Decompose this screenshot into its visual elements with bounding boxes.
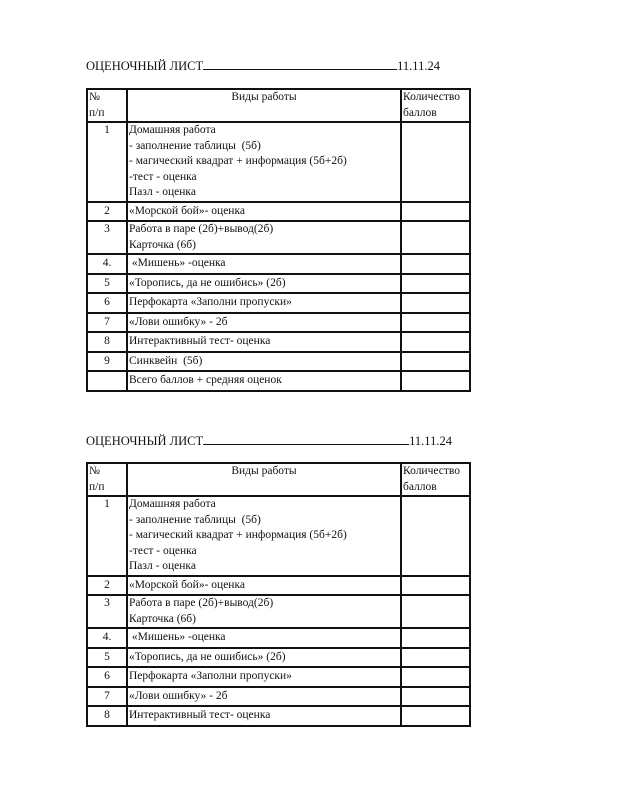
- row-number: 1: [87, 122, 127, 202]
- header-number: №п/п: [87, 89, 127, 122]
- work-line: Синквейн (5б): [129, 354, 399, 370]
- header-number-line: п/п: [89, 480, 125, 496]
- work-description: Перфокарта «Заполни пропуски»: [127, 293, 401, 313]
- work-line: «Лови ошибку» - 2б: [129, 689, 399, 705]
- row-number: 7: [87, 313, 127, 333]
- header-score-line: баллов: [403, 480, 468, 496]
- work-description: «Торопись, да не ошибись» (2б): [127, 648, 401, 668]
- work-line: Интерактивный тест- оценка: [129, 334, 399, 350]
- table-row: 5«Торопись, да не ошибись» (2б): [87, 648, 470, 668]
- score-cell[interactable]: [401, 332, 470, 352]
- work-description: Работа в паре (2б)+вывод(2б)Карточка (6б…: [127, 221, 401, 254]
- work-description: «Лови ошибку» - 2б: [127, 687, 401, 707]
- header-work-type: Виды работы: [127, 89, 401, 122]
- work-line: Перфокарта «Заполни пропуски»: [129, 295, 399, 311]
- score-cell[interactable]: [401, 687, 470, 707]
- work-description: «Мишень» -оценка: [127, 628, 401, 648]
- work-line: «Лови ошибку» - 2б: [129, 315, 399, 331]
- score-cell[interactable]: [401, 313, 470, 333]
- sheet-title-text: ОЦЕНОЧНЫЙ ЛИСТ: [86, 434, 203, 448]
- row-number: 6: [87, 667, 127, 687]
- row-number: 2: [87, 202, 127, 222]
- table-row: 5«Торопись, да не ошибись» (2б): [87, 274, 470, 294]
- header-score-line: Количество: [403, 90, 468, 106]
- row-number: 3: [87, 595, 127, 628]
- work-description: «Торопись, да не ошибись» (2б): [127, 274, 401, 294]
- work-line: Всего баллов + средняя оценок: [129, 373, 399, 389]
- work-line: - заполнение таблицы (5б): [129, 139, 399, 155]
- table-row: 2«Морской бой»- оценка: [87, 202, 470, 222]
- sheet-date: 11.11.24: [409, 434, 452, 448]
- row-number: 3: [87, 221, 127, 254]
- score-cell[interactable]: [401, 352, 470, 372]
- header-score-line: баллов: [403, 106, 468, 122]
- score-cell[interactable]: [401, 576, 470, 596]
- work-description: «Морской бой»- оценка: [127, 576, 401, 596]
- work-description: Интерактивный тест- оценка: [127, 706, 401, 726]
- header-number-line: №: [89, 90, 125, 106]
- row-number: 5: [87, 274, 127, 294]
- score-cell[interactable]: [401, 122, 470, 202]
- work-line: Интерактивный тест- оценка: [129, 708, 399, 724]
- header-score-line: Количество: [403, 464, 468, 480]
- table-row: 2«Морской бой»- оценка: [87, 576, 470, 596]
- work-description: Домашняя работа- заполнение таблицы (5б)…: [127, 496, 401, 576]
- header-score: Количествобаллов: [401, 463, 470, 496]
- header-number: №п/п: [87, 463, 127, 496]
- row-number: 2: [87, 576, 127, 596]
- assessment-table: №п/пВиды работыКоличествобаллов1Домашняя…: [86, 88, 471, 392]
- work-line: Домашняя работа: [129, 123, 399, 139]
- score-cell[interactable]: [401, 667, 470, 687]
- table-row: 8Интерактивный тест- оценка: [87, 332, 470, 352]
- work-description: Интерактивный тест- оценка: [127, 332, 401, 352]
- table-row: 4. «Мишень» -оценка: [87, 628, 470, 648]
- sheet-title: ОЦЕНОЧНЫЙ ЛИСТ11.11.24: [86, 58, 440, 74]
- table-row: 4. «Мишень» -оценка: [87, 254, 470, 274]
- score-cell[interactable]: [401, 706, 470, 726]
- work-line: -тест - оценка: [129, 544, 399, 560]
- score-cell[interactable]: [401, 274, 470, 294]
- row-number: 7: [87, 687, 127, 707]
- work-line: - магический квадрат + информация (5б+2б…: [129, 528, 399, 544]
- score-cell[interactable]: [401, 595, 470, 628]
- table-row: 1Домашняя работа- заполнение таблицы (5б…: [87, 122, 470, 202]
- table-row: Всего баллов + средняя оценок: [87, 371, 470, 391]
- table-row: 3Работа в паре (2б)+вывод(2б)Карточка (6…: [87, 221, 470, 254]
- row-number: 8: [87, 332, 127, 352]
- row-number: 4.: [87, 254, 127, 274]
- table-row: 3Работа в паре (2б)+вывод(2б)Карточка (6…: [87, 595, 470, 628]
- score-cell[interactable]: [401, 628, 470, 648]
- row-number: [87, 371, 127, 391]
- work-line: Пазл - оценка: [129, 559, 399, 575]
- header-number-line: п/п: [89, 106, 125, 122]
- score-cell[interactable]: [401, 371, 470, 391]
- work-line: «Мишень» -оценка: [129, 630, 399, 646]
- table-row: 6Перфокарта «Заполни пропуски»: [87, 293, 470, 313]
- header-work-type: Виды работы: [127, 463, 401, 496]
- score-cell[interactable]: [401, 254, 470, 274]
- work-line: «Мишень» -оценка: [129, 256, 399, 272]
- work-line: Карточка (6б): [129, 238, 399, 254]
- sheet-title-text: ОЦЕНОЧНЫЙ ЛИСТ: [86, 59, 203, 73]
- work-description: Домашняя работа- заполнение таблицы (5б)…: [127, 122, 401, 202]
- work-description: Перфокарта «Заполни пропуски»: [127, 667, 401, 687]
- work-description: Синквейн (5б): [127, 352, 401, 372]
- row-number: 4.: [87, 628, 127, 648]
- table-row: 1Домашняя работа- заполнение таблицы (5б…: [87, 496, 470, 576]
- table-row: 6Перфокарта «Заполни пропуски»: [87, 667, 470, 687]
- header-number-line: №: [89, 464, 125, 480]
- work-line: Карточка (6б): [129, 612, 399, 628]
- table-header-row: №п/пВиды работыКоличествобаллов: [87, 463, 470, 496]
- work-description: «Мишень» -оценка: [127, 254, 401, 274]
- row-number: 5: [87, 648, 127, 668]
- work-line: -тест - оценка: [129, 170, 399, 186]
- assessment-table: №п/пВиды работыКоличествобаллов1Домашняя…: [86, 462, 471, 727]
- work-line: - заполнение таблицы (5б): [129, 513, 399, 529]
- name-blank-line: [203, 58, 397, 70]
- work-line: «Морской бой»- оценка: [129, 204, 399, 220]
- work-line: «Морской бой»- оценка: [129, 578, 399, 594]
- work-line: «Торопись, да не ошибись» (2б): [129, 276, 399, 292]
- work-line: - магический квадрат + информация (5б+2б…: [129, 154, 399, 170]
- sheet-title: ОЦЕНОЧНЫЙ ЛИСТ11.11.24: [86, 433, 452, 449]
- work-description: «Лови ошибку» - 2б: [127, 313, 401, 333]
- row-number: 1: [87, 496, 127, 576]
- row-number: 9: [87, 352, 127, 372]
- header-score: Количествобаллов: [401, 89, 470, 122]
- work-line: «Торопись, да не ошибись» (2б): [129, 650, 399, 666]
- work-line: Пазл - оценка: [129, 185, 399, 201]
- score-cell[interactable]: [401, 648, 470, 668]
- work-line: Перфокарта «Заполни пропуски»: [129, 669, 399, 685]
- score-cell[interactable]: [401, 202, 470, 222]
- row-number: 6: [87, 293, 127, 313]
- row-number: 8: [87, 706, 127, 726]
- name-blank-line: [203, 433, 409, 445]
- score-cell[interactable]: [401, 293, 470, 313]
- work-line: Работа в паре (2б)+вывод(2б): [129, 596, 399, 612]
- work-description: «Морской бой»- оценка: [127, 202, 401, 222]
- score-cell[interactable]: [401, 221, 470, 254]
- score-cell[interactable]: [401, 496, 470, 576]
- table-row: 9Синквейн (5б): [87, 352, 470, 372]
- sheet-date: 11.11.24: [397, 59, 440, 73]
- work-line: Работа в паре (2б)+вывод(2б): [129, 222, 399, 238]
- work-description: Всего баллов + средняя оценок: [127, 371, 401, 391]
- work-line: Домашняя работа: [129, 497, 399, 513]
- table-row: 8Интерактивный тест- оценка: [87, 706, 470, 726]
- table-header-row: №п/пВиды работыКоличествобаллов: [87, 89, 470, 122]
- work-description: Работа в паре (2б)+вывод(2б)Карточка (6б…: [127, 595, 401, 628]
- table-row: 7«Лови ошибку» - 2б: [87, 687, 470, 707]
- table-row: 7«Лови ошибку» - 2б: [87, 313, 470, 333]
